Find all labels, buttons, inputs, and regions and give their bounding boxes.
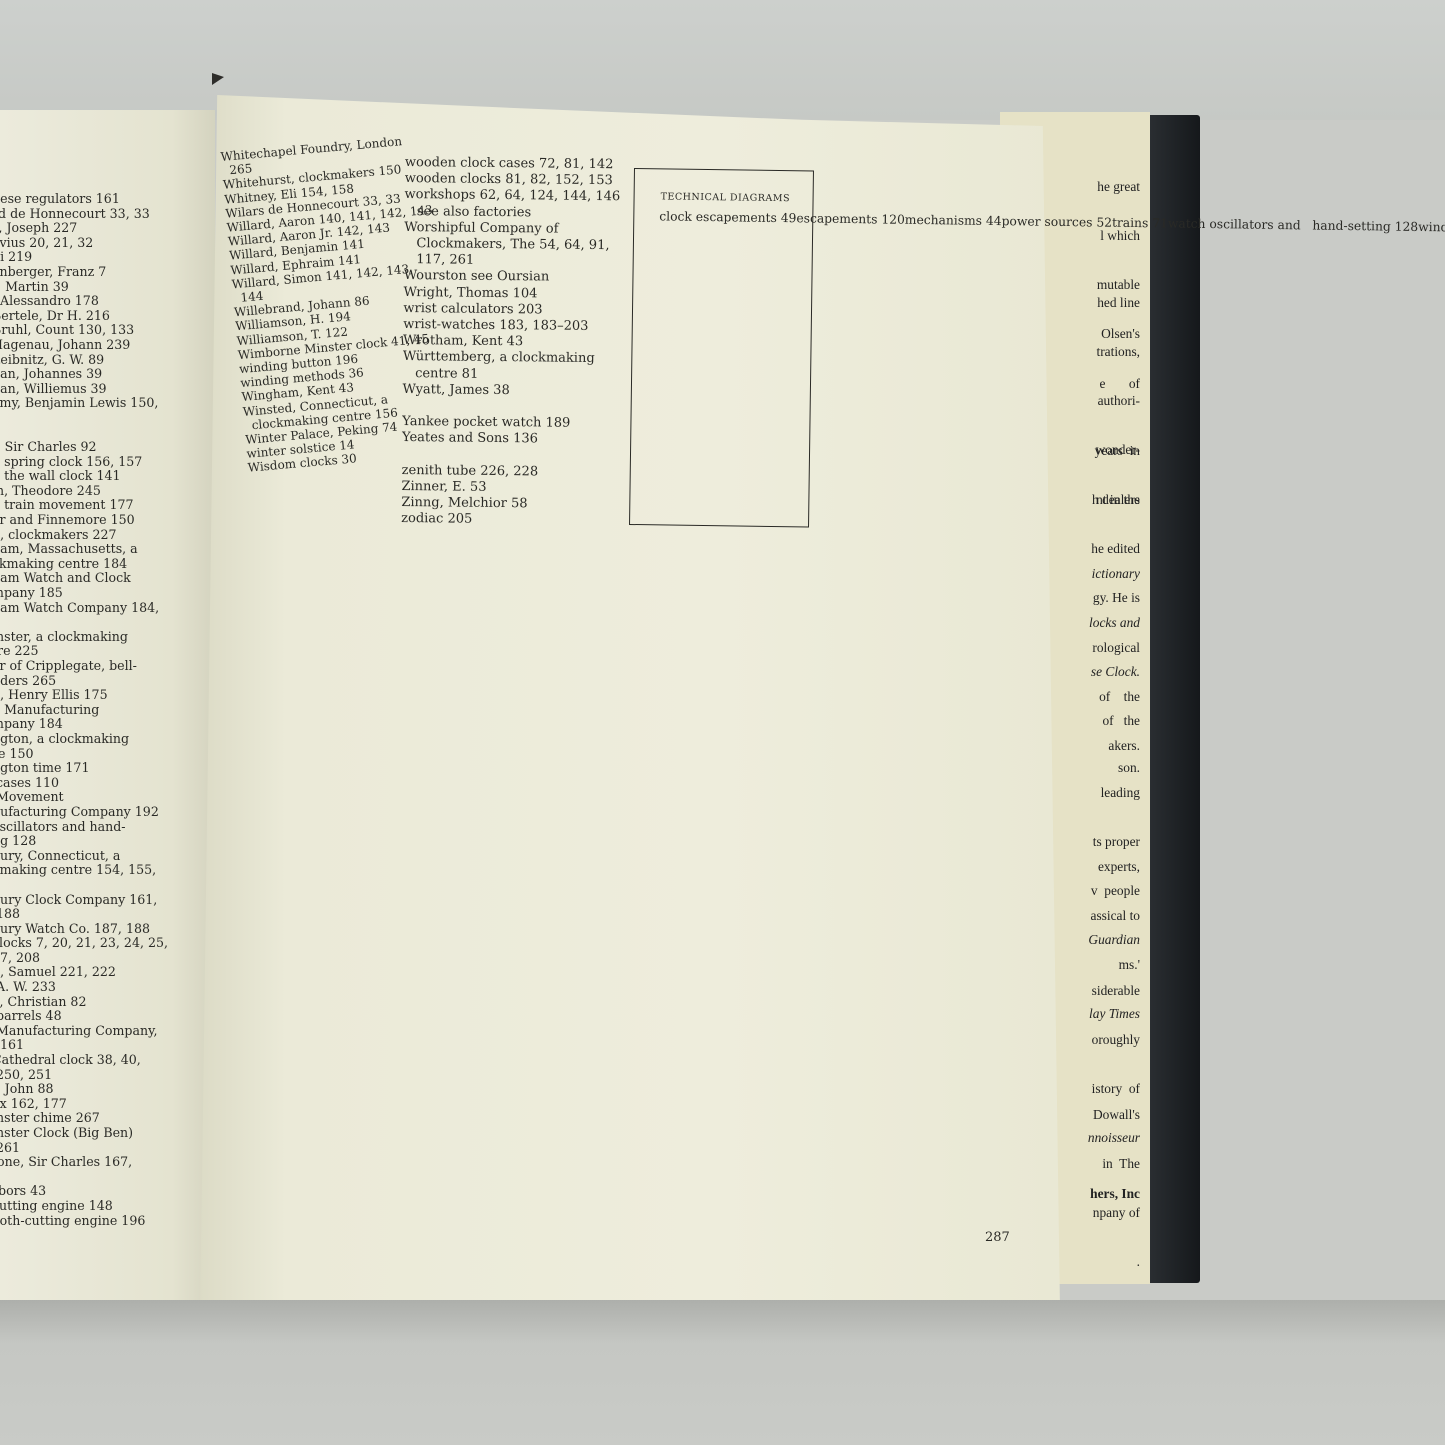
index-entry: [0, 411, 168, 426]
left-page-index-column: nese regulators 161rd de Honnecourt 33, …: [0, 192, 168, 1228]
index-entry: barrels 48: [0, 1009, 168, 1024]
index-entry: rbors 43: [0, 1184, 168, 1199]
index-entry: r, John 88: [0, 1082, 168, 1097]
index-entry: ox 162, 177: [0, 1097, 168, 1112]
index-entry: ngton time 171: [0, 761, 168, 776]
index-entry: in, Theodore 245: [0, 484, 168, 499]
index-entry: Württemberg, a clockmaking: [403, 349, 619, 367]
index-entry: nufacturing Company 192: [0, 805, 168, 820]
index-entry: 250, 251: [0, 1068, 168, 1083]
index-entry: clock escapements 49: [659, 209, 796, 225]
jacket-line: oroughly: [1088, 1032, 1140, 1048]
index-entry: cases 110: [0, 776, 168, 791]
index-entry: enberger, Franz 7: [0, 265, 168, 280]
index-entry: 27, 208: [0, 951, 168, 966]
index-entry: n, clockmakers 227: [0, 528, 168, 543]
index-entry: er and Finnemore 150: [0, 513, 168, 528]
index-entry: inster chime 267: [0, 1111, 168, 1126]
index-entry: mechanisms 44: [905, 213, 1002, 228]
index-entry: watch oscillators and: [1168, 216, 1301, 232]
jacket-line: siderable: [1088, 983, 1140, 999]
index-entry: [0, 878, 168, 893]
table-surface: [0, 1300, 1445, 1445]
index-entry: e, Christian 82: [0, 995, 168, 1010]
index-entry: [0, 1170, 168, 1185]
jacket-line: locks and: [1089, 615, 1140, 631]
index-entry: bury Watch Co. 187, 188: [0, 922, 168, 937]
index-entry: Leibnitz, G. W. 89: [0, 353, 168, 368]
index-entry: ham Watch Company 184,: [0, 601, 168, 616]
index-entry: ham Watch and Clock: [0, 571, 168, 586]
index-entry: t, Martin 39: [0, 280, 168, 295]
index-entry: nese regulators 161: [0, 192, 168, 207]
jacket-line: .: [1093, 1254, 1140, 1270]
index-entry: workshops 62, 64, 124, 144, 146: [404, 187, 620, 205]
index-entry: bury Clock Company 161,: [0, 893, 168, 908]
jacket-line: hed line: [1096, 295, 1140, 311]
index-entry: 188: [0, 907, 168, 922]
index-entry: n the wall clock 141: [0, 469, 168, 484]
technical-diagrams-title: TECHNICAL DIAGRAMS: [661, 191, 791, 204]
index-entry: cutting engine 148: [0, 1199, 168, 1214]
index-entry: mpany 184: [0, 717, 168, 732]
index-entry: Wourston see Oursian: [404, 268, 620, 286]
page-number: 287: [985, 1230, 1010, 1245]
index-entry: n, Samuel 221, 222: [0, 965, 168, 980]
jacket-line: authori-: [1096, 393, 1140, 409]
index-entry: ham, Massachusetts, a: [0, 542, 168, 557]
jacket-line: years in: [1091, 443, 1140, 459]
index-entry: re 150: [0, 747, 168, 762]
index-entry: n Manufacturing: [0, 703, 168, 718]
index-entry: rd de Honnecourt 33, 33: [0, 207, 168, 222]
index-entry: han, Johannes 39: [0, 367, 168, 382]
background: [0, 0, 1445, 120]
index-entry: , Alessandro 178: [0, 294, 168, 309]
jacket-line: assical to: [1089, 908, 1140, 924]
jacket-line: se Clock.: [1089, 664, 1140, 680]
index-column-2: wooden clock cases 72, 81, 142wooden clo…: [401, 155, 621, 530]
index-entry: [0, 615, 168, 630]
index-entry: Yeates and Sons 136: [402, 430, 618, 448]
index-entry: Cathedral clock 38, 40,: [0, 1053, 168, 1068]
jacket-line: he great: [1097, 179, 1140, 195]
index-entry: Manufacturing Company,: [0, 1024, 168, 1039]
jacket-line: h dealers: [1091, 492, 1140, 508]
index-entry: [0, 426, 168, 441]
index-entry: kmaking centre 154, 155,: [0, 863, 168, 878]
index-entry: Bertele, Dr H. 216: [0, 309, 168, 324]
index-entry: Bruhl, Count 130, 133: [0, 323, 168, 338]
index-entry: er of Cripplegate, bell-: [0, 659, 168, 674]
index-entry: avius 20, 21, 32: [0, 236, 168, 251]
index-entry: bury, Connecticut, a: [0, 849, 168, 864]
jacket-line: experts,: [1089, 859, 1140, 875]
index-entry: . 161: [0, 1038, 168, 1053]
index-entry: power sources 52: [1002, 214, 1113, 230]
index-entry: han, Williemus 39: [0, 382, 168, 397]
index-entry: inster Clock (Big Ben): [0, 1126, 168, 1141]
index-entry: amy, Benjamin Lewis 150,: [0, 396, 168, 411]
index-entry: zodiac 205: [401, 511, 617, 529]
index-entry: tre 225: [0, 644, 168, 659]
index-entry: ngton, a clockmaking: [0, 732, 168, 747]
index-entry: winding methods 36: [1418, 220, 1445, 236]
index-entry: s, Joseph 227: [0, 221, 168, 236]
index-entry: r, Sir Charles 92: [0, 440, 168, 455]
index-entry: mpany 185: [0, 586, 168, 601]
index-entry: tone, Sir Charles 167,: [0, 1155, 168, 1170]
jacket-line: ictionary: [1089, 566, 1140, 582]
index-entry: hand-setting 128: [1301, 218, 1419, 234]
index-entry: Wyatt, James 38: [402, 382, 618, 400]
jacket-line: leading: [1088, 785, 1140, 801]
index-entry: ooth-cutting engine 196: [0, 1214, 168, 1229]
jacket-line: in The: [1093, 1156, 1140, 1172]
index-entry: ng 128: [0, 834, 168, 849]
jacket-line: npany of: [1093, 1205, 1140, 1221]
index-entry: oscillators and hand-: [0, 820, 168, 835]
jacket-line: Dowall's: [1093, 1107, 1140, 1123]
index-entry: inster, a clockmaking: [0, 630, 168, 645]
index-entry: clocks 7, 20, 21, 23, 24, 25,: [0, 936, 168, 951]
index-entry: Hagenau, Johann 239: [0, 338, 168, 353]
index-entry: trains 71: [1112, 216, 1168, 231]
index-entry: ckmaking centre 184: [0, 557, 168, 572]
technical-diagrams-box: TECHNICAL DIAGRAMS clock escapements 49e…: [629, 168, 814, 527]
index-entry: ni 219: [0, 250, 168, 265]
index-entry: 261: [0, 1141, 168, 1156]
index-entry: A. W. 233: [0, 980, 168, 995]
index-entry: g train movement 177: [0, 498, 168, 513]
index-entry: see also factories: [404, 204, 620, 222]
index-entry: nders 265: [0, 674, 168, 689]
index-entry: Wright, Thomas 104: [403, 285, 619, 303]
index-entry: n, Henry Ellis 175: [0, 688, 168, 703]
index-entry: Movement: [0, 790, 168, 805]
index-entry: escapements 120: [796, 211, 905, 227]
jacket-line: trations,: [1096, 344, 1140, 360]
publisher-name: hers, Inc: [1090, 1186, 1140, 1202]
index-entry: n spring clock 156, 157: [0, 455, 168, 470]
page-corner-shadow: [212, 73, 224, 85]
